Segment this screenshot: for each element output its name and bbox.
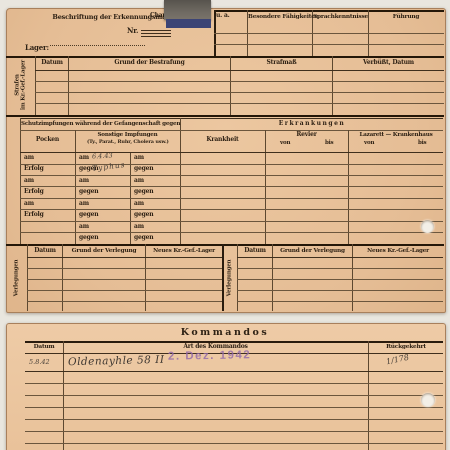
revier-bis-label: bis <box>325 140 333 146</box>
strafen-header-verbuesst: Verbüßt, Datum <box>333 60 444 67</box>
sonstige-header-line2: (Ty., Parat., Ruhr, Cholera usw.) <box>76 139 179 146</box>
verlegungen-right-header-datum: Datum <box>238 248 272 255</box>
covered-header-fragment-end: u. a. <box>216 13 230 20</box>
verlegungen-left-header-neues: Neues Kr.-Gef.-Lager <box>146 248 222 254</box>
kommando-entry-datum: 5.8.42 <box>29 358 50 366</box>
strafen-header-strafmass: Strafmaß <box>231 60 332 67</box>
krankheit-header: Krankheit <box>181 137 264 144</box>
lager-blank-line <box>50 45 145 46</box>
erkrankungen-title: Erkrankungen <box>181 121 443 128</box>
archive-tab-gray <box>164 0 211 20</box>
qualities-header-fuehrung: Führung <box>369 14 443 20</box>
handwritten-vaccination-date: 6.4.43 <box>92 151 113 160</box>
verlegungen-left-side-label: Verlegungen <box>12 245 22 312</box>
verlegungen-right-side-label: Verlegungen <box>225 245 235 312</box>
lazarett-header: Lazarett — Krankenhaus <box>349 132 443 138</box>
kommando-entry-art: Oldenayhle 58 II <box>68 354 165 369</box>
verlegungen-right-header-grund: Grund der Verlegung <box>273 248 352 254</box>
strafen-side-label: Strafen im Kr.-Gef.-Lager <box>13 56 29 115</box>
strafen-header-grund: Grund der Bestrafung <box>69 60 230 67</box>
pocken-header: Pocken <box>21 137 74 144</box>
lager-label: Lager: <box>25 44 49 52</box>
verlegungen-right-header-neues: Neues Kr.-Gef.-Lager <box>353 248 443 254</box>
verlegungen-left-header-grund: Grund der Verlegung <box>63 248 145 254</box>
scanned-document-page: Beschriftung der Erkennungsmarke Nr. Lag… <box>0 0 450 450</box>
kommandos-header-datum: Datum <box>26 344 62 350</box>
verlegungen-left-header-datum: Datum <box>28 248 62 255</box>
nr-label: Nr. <box>127 27 138 35</box>
hole-punch-top <box>421 220 434 233</box>
lazarett-bis-label: bis <box>418 140 426 146</box>
revier-von-label: von <box>280 140 290 146</box>
qualities-header-faehigkeiten: Besondere Fähigkeiten <box>248 14 312 20</box>
qualities-header-sprachen: Sprachkenntnisse <box>313 14 368 20</box>
revier-header: Revier <box>266 132 347 139</box>
impfungen-title: Schutzimpfungen während der Gefangenscha… <box>21 121 179 127</box>
sonstige-header-line1: Sonstige Impfungen <box>76 132 179 138</box>
archive-tab-blue-strip <box>166 19 211 28</box>
strafen-header-datum: Datum <box>36 60 68 67</box>
lazarett-von-label: von <box>364 140 374 146</box>
hole-punch-bottom <box>421 393 435 407</box>
kommandos-title: Kommandos <box>125 328 325 338</box>
kommandos-header-rueckgekehrt: Rückgekehrt <box>369 344 443 350</box>
date-stamp: 2. Dez. 1942 <box>168 349 251 362</box>
